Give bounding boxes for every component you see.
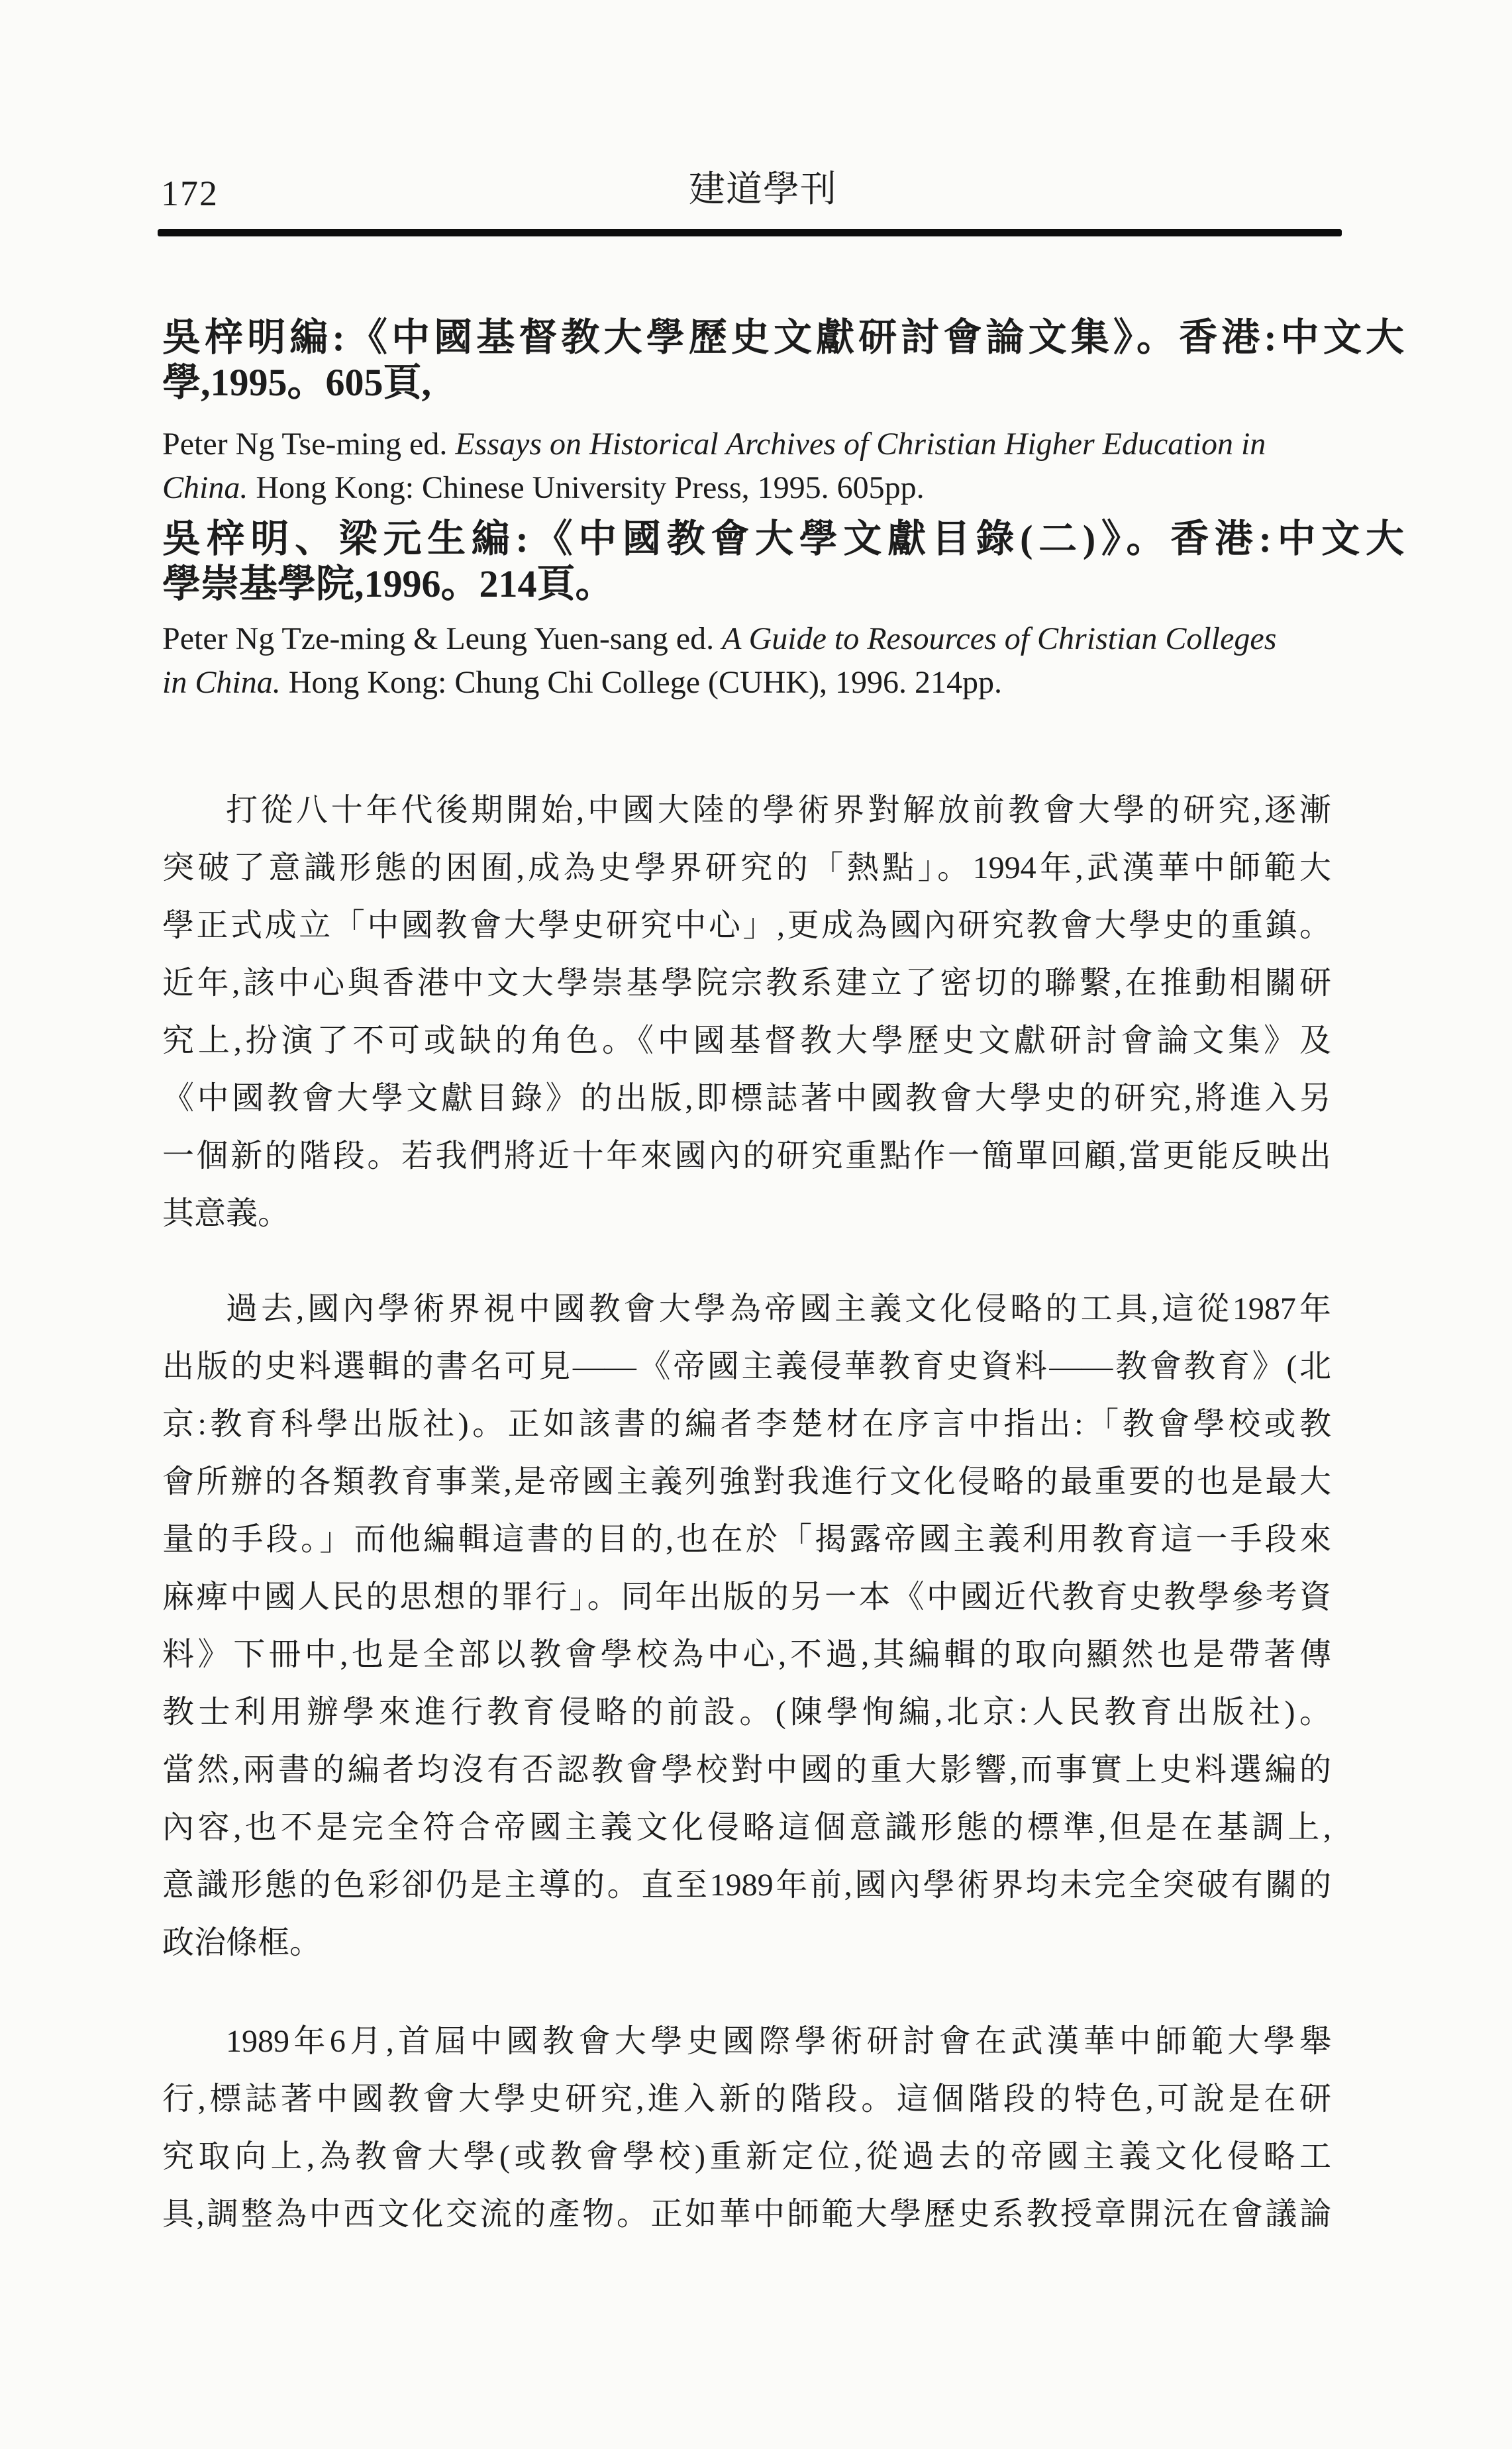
text-line: 究上,扮演了不可或缺的角色。《中國基督教大學歷史文獻研討會論文集》及 <box>162 1012 1331 1070</box>
text-line: 一個新的階段。若我們將近十年來國內的研究重點作一簡單回顧,當更能反映出 <box>162 1127 1331 1185</box>
text-line: 當然,兩書的編者均沒有否認教會學校對中國的重大影響,而事實上史料選編的 <box>162 1741 1331 1799</box>
text-line: 出版的史料選輯的書名可見——《帝國主義侵華教育史資料——教會教育》(北 <box>162 1338 1331 1395</box>
bib-entry-1-zh-line-2: 學,1995。605頁, <box>162 360 1404 405</box>
bib-entry-2-zh-line-1: 吳梓明、梁元生編:《中國教會大學文獻目錄(二)》。香港:中文大 <box>162 517 1404 562</box>
text-line: 究取向上,為教會大學(或教會學校)重新定位,從過去的帝國主義文化侵略工 <box>162 2128 1331 2185</box>
text-line: 意識形態的色彩卻仍是主導的。直至1989年前,國內學術界均未完全突破有關的 <box>162 1856 1331 1914</box>
page-content: 吳梓明編:《中國基督教大學歷史文獻研討會論文集》。香港:中文大 學,1995。6… <box>162 315 1404 2243</box>
body-paragraph-1: 打從八十年代後期開始,中國大陸的學術界對解放前教會大學的研究,逐漸 突破了意識形… <box>162 781 1404 1242</box>
text-line: 1989年6月,首屆中國教會大學史國際學術研討會在武漢華中師範大學舉 <box>162 2013 1331 2070</box>
bib-en-roman: Hong Kong: Chinese University Press, 199… <box>248 470 924 505</box>
text-line: 京:教育科學出版社)。正如該書的編者李楚材在序言中指出:「教會學校或教 <box>162 1395 1331 1453</box>
text-line: 具,調整為中西文化交流的產物。正如華中師範大學歷史系教授章開沅在會議論 <box>162 2185 1331 2243</box>
text-line: 政治條框。 <box>162 1914 1331 1972</box>
text-line: 打從八十年代後期開始,中國大陸的學術界對解放前教會大學的研究,逐漸 <box>162 781 1331 839</box>
bib-entry-2: 吳梓明、梁元生編:《中國教會大學文獻目錄(二)》。香港:中文大 學崇基學院,19… <box>162 517 1404 705</box>
bib-en-italic-title: in China. <box>162 665 281 700</box>
bib-entry-2-english: Peter Ng Tze-ming & Leung Yuen-sang ed. … <box>162 617 1404 705</box>
bib-entry-1-en-line-1: Peter Ng Tse-ming ed. Essays on Historic… <box>162 423 1404 466</box>
text-line: 內容,也不是完全符合帝國主義文化侵略這個意識形態的標準,但是在基調上, <box>162 1799 1331 1856</box>
bib-entry-1-en-line-2: China. Hong Kong: Chinese University Pre… <box>162 466 1404 510</box>
bib-entry-2-zh-line-2: 學崇基學院,1996。214頁。 <box>162 562 1404 607</box>
bib-entry-2-en-line-1: Peter Ng Tze-ming & Leung Yuen-sang ed. … <box>162 617 1404 661</box>
text-line: 近年,該中心與香港中文大學崇基學院宗教系建立了密切的聯繫,在推動相關研 <box>162 954 1331 1012</box>
journal-page: 172 建道學刊 吳梓明編:《中國基督教大學歷史文獻研討會論文集》。香港:中文大… <box>0 0 1512 2449</box>
text-line: 其意義。 <box>162 1185 1331 1242</box>
text-line: 學正式成立「中國教會大學史研究中心」,更成為國內研究教會大學史的重鎮。 <box>162 897 1331 954</box>
bib-en-roman: Peter Ng Tze-ming & Leung Yuen-sang ed. <box>162 621 722 656</box>
page-number: 172 <box>161 174 219 213</box>
bib-en-roman: Hong Kong: Chung Chi College (CUHK), 199… <box>281 665 1002 700</box>
text-line: 《中國教會大學文獻目錄》的出版,即標誌著中國教會大學史的研究,將進入另 <box>162 1070 1331 1127</box>
text-line: 會所辦的各類教育事業,是帝國主義列強對我進行文化侵略的最重要的也是最大 <box>162 1453 1331 1511</box>
body-paragraph-2: 過去,國內學術界視中國教會大學為帝國主義文化侵略的工具,這從1987年 出版的史… <box>162 1280 1404 1972</box>
body-paragraph-3: 1989年6月,首屆中國教會大學史國際學術研討會在武漢華中師範大學舉 行,標誌著… <box>162 2013 1404 2243</box>
text-line: 量的手段。」而他編輯這書的目的,也在於「揭露帝國主義利用教育這一手段來 <box>162 1511 1331 1568</box>
bib-en-italic-title: A Guide to Resources of Christian Colleg… <box>722 621 1276 656</box>
bib-entry-1: 吳梓明編:《中國基督教大學歷史文獻研討會論文集》。香港:中文大 學,1995。6… <box>162 315 1404 510</box>
text-line: 過去,國內學術界視中國教會大學為帝國主義文化侵略的工具,這從1987年 <box>162 1280 1331 1338</box>
header-rule <box>158 229 1342 236</box>
text-line: 行,標誌著中國教會大學史研究,進入新的階段。這個階段的特色,可說是在研 <box>162 2070 1331 2128</box>
bib-entry-1-zh-line-1: 吳梓明編:《中國基督教大學歷史文獻研討會論文集》。香港:中文大 <box>162 315 1404 360</box>
text-line: 教士利用辦學來進行教育侵略的前設。(陳學恂編,北京:人民教育出版社)。 <box>162 1683 1331 1741</box>
bib-en-italic-title: China. <box>162 470 248 505</box>
text-line: 料》下冊中,也是全部以教會學校為中心,不過,其編輯的取向顯然也是帶著傳 <box>162 1626 1331 1683</box>
bib-en-italic-title: Essays on Historical Archives of Christi… <box>455 426 1266 462</box>
bib-entry-2-en-line-2: in China. Hong Kong: Chung Chi College (… <box>162 661 1404 705</box>
bib-entry-1-english: Peter Ng Tse-ming ed. Essays on Historic… <box>162 423 1404 510</box>
journal-title: 建道學刊 <box>689 169 837 210</box>
text-line: 突破了意識形態的困囿,成為史學界研究的「熱點」。1994年,武漢華中師範大 <box>162 839 1331 897</box>
bib-en-roman: Peter Ng Tse-ming ed. <box>162 426 455 462</box>
text-line: 麻痺中國人民的思想的罪行」。同年出版的另一本《中國近代教育史教學參考資 <box>162 1568 1331 1626</box>
